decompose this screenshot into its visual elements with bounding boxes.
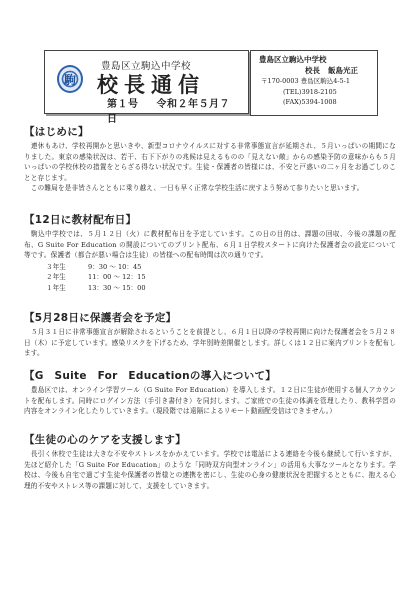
section-heading: 【G Suite For Educationの導入について】 — [24, 368, 396, 383]
grade: ２年生 — [46, 272, 88, 283]
section-parent-meeting: 【5月28日に保護者会を予定】 ５月３１日に非常事態宣言が解除されるということを… — [24, 310, 396, 359]
paragraph: この難局を是非皆さんとともに乗り越え、一日も早く正常な学校生活に戻すよう努めて参… — [24, 183, 396, 194]
paragraph: 長引く休校で生徒は大きな不安やストレスをかかえています。学校では電話による連絡を… — [24, 449, 396, 491]
time: 11：00 〜 12：15 — [88, 273, 146, 281]
principal: 校長飯島光正 — [305, 66, 377, 77]
newsletter-masthead: 駒 豊島区立駒込中学校 校長通信 第１号 令和２年５月７日 — [44, 50, 249, 114]
section-material-distribution: 【12日に教材配布日】 駒込中学校では、５月１２日（火）に教材配布日を予定してい… — [24, 212, 396, 293]
contact-school-name: 豊島区立駒込中学校 — [259, 55, 377, 66]
distribution-schedule: ３年生9：30 〜 10：45 ２年生11：00 〜 12：15 １年生13：3… — [46, 262, 396, 294]
section-heading: 【はじめに】 — [24, 124, 396, 139]
paragraph: ５月３１日に非常事態宣言が解除されるということを前提とし、６月１日以降の学校再開… — [24, 327, 396, 359]
time: 13：30 〜 15：00 — [88, 284, 146, 292]
section-heading: 【12日に教材配布日】 — [24, 212, 396, 227]
schedule-row: ２年生11：00 〜 12：15 — [46, 272, 396, 283]
grade: １年生 — [46, 283, 88, 294]
contact-box: 豊島区立駒込中学校 校長飯島光正 〒170-0003 豊島区駒込4-5-1 (T… — [250, 50, 378, 116]
section-g-suite: 【G Suite For Educationの導入について】 豊島区では、オンラ… — [24, 368, 396, 417]
issue-info: 第１号 令和２年５月７日 — [107, 95, 248, 125]
time: 9：30 〜 10：45 — [88, 263, 141, 271]
fax: (FAX)5394-1008 — [283, 97, 377, 108]
paragraph: 駒込中学校では、５月１２日（火）に教材配布日を予定しています。この日の目的は、課… — [24, 229, 396, 261]
address: 〒170-0003 豊島区駒込4-5-1 — [261, 76, 377, 87]
paragraph: 連休もあけ、学校再開かと思いきや、新型コロナウイルスに対する非常事態宣言が延期さ… — [24, 141, 396, 183]
school-emblem-icon: 駒 — [57, 65, 83, 93]
section-mental-care: 【生徒の心のケアを支援します】 長引く休校で生徒は大きな不安やストレスをかかえて… — [24, 432, 396, 491]
principal-title: 校長 — [305, 66, 320, 75]
section-introduction: 【はじめに】 連休もあけ、学校再開かと思いきや、新型コロナウイルスに対する非常事… — [24, 124, 396, 194]
issue-number: 第１号 — [107, 99, 139, 110]
principal-name: 飯島光正 — [328, 66, 358, 75]
section-heading: 【生徒の心のケアを支援します】 — [24, 432, 396, 447]
telephone: (TEL)3918-2105 — [283, 87, 377, 98]
section-heading: 【5月28日に保護者会を予定】 — [24, 310, 396, 325]
grade: ３年生 — [46, 262, 88, 273]
schedule-row: ３年生9：30 〜 10：45 — [46, 262, 396, 273]
paragraph: 豊島区では、オンライン学習ツール（G Suite For Education）を… — [24, 385, 396, 417]
schedule-row: １年生13：30 〜 15：00 — [46, 283, 396, 294]
